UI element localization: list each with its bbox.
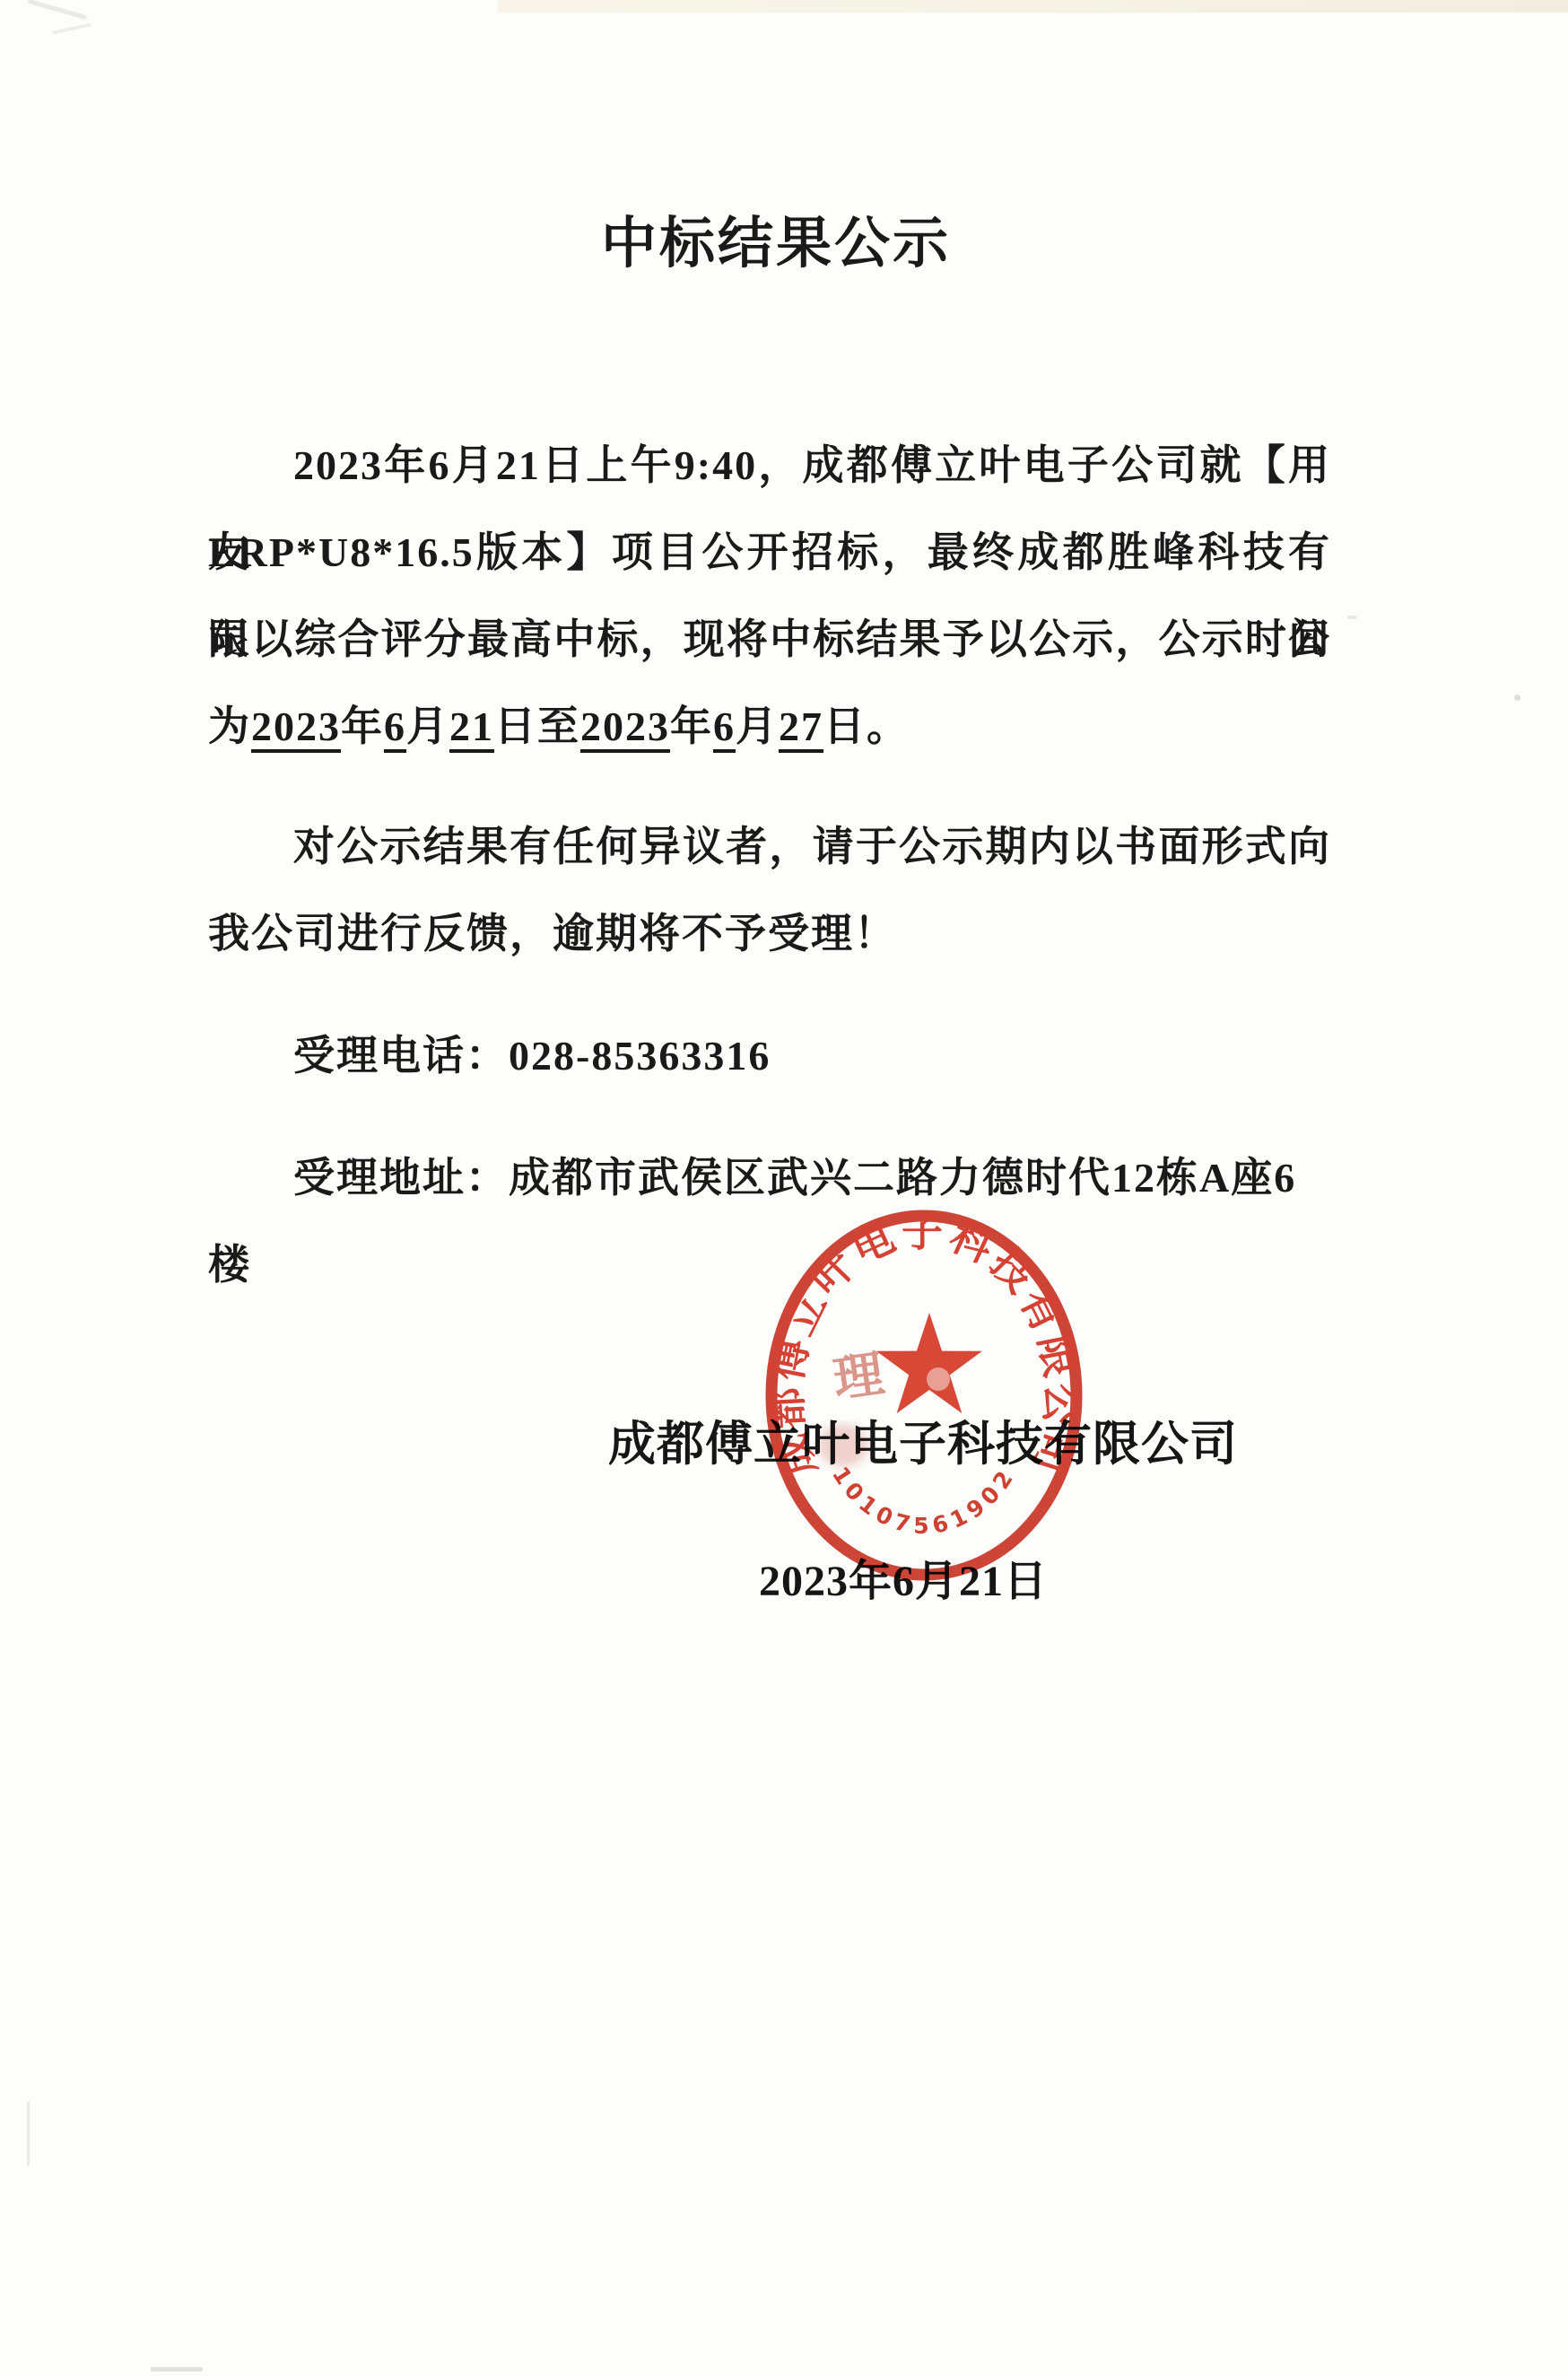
paragraph1-line4-public-period: 为2023年6月21日至2023年6月27日。 (208, 683, 1331, 770)
underlined-date-part: 6 (384, 703, 406, 749)
paragraph2-line2: 我公司进行反馈，逾期将不予受理！ (208, 890, 1331, 977)
date-part: 日。 (823, 703, 910, 749)
date-part: 为 (208, 703, 251, 749)
date-part: 日至 (494, 703, 580, 749)
company-seal: 成都傅立叶电子科技有限公司 5101075619023 理 (762, 1207, 1085, 1584)
seal-star-icon (876, 1313, 982, 1413)
paragraph1-line1: 2023年6月21日上午9:40，成都傅立叶电子公司就【用友 (208, 422, 1331, 509)
phone-label: 受理电话： (293, 1033, 509, 1079)
scanned-document-page: 中标结果公示 2023年6月21日上午9:40，成都傅立叶电子公司就【用友 ER… (0, 0, 1568, 2376)
address-label: 受理地址： (293, 1155, 509, 1201)
paragraph2-line1: 对公示结果有任何异议者，请于公示期内以书面形式向 (208, 803, 1331, 890)
date-part: 月 (736, 703, 779, 749)
phone-number: 028-85363316 (509, 1033, 771, 1079)
date-part: 月 (406, 703, 449, 749)
paragraph1-line2: ERP*U8*16.5版本】项目公开招标，最终成都胜峰科技有限公 (208, 509, 1331, 596)
underlined-date-part: 2023 (580, 703, 670, 749)
underlined-date-part: 27 (779, 703, 823, 749)
date-part: 年 (341, 703, 384, 749)
scan-artifact-smudge (52, 22, 91, 34)
scan-artifact-smudge (28, 0, 88, 20)
document-body: 2023年6月21日上午9:40，成都傅立叶电子公司就【用友 ERP*U8*16… (208, 422, 1331, 1221)
underlined-date-part: 2023 (251, 703, 341, 749)
scan-artifact-speck (1347, 616, 1357, 619)
document-title: 中标结果公示 (215, 198, 1337, 278)
seal-ghost-blob (818, 1424, 868, 1467)
scan-artifact-speck (1514, 694, 1520, 701)
underlined-date-part: 21 (449, 703, 494, 749)
scan-artifact-top-band (498, 0, 1568, 13)
date-part: 年 (670, 703, 713, 749)
scan-artifact-hairline (27, 2101, 30, 2166)
underlined-date-part: 6 (713, 703, 736, 749)
seal-ghost-glyph: 理 (830, 1345, 888, 1410)
contact-phone-line: 受理电话：028-85363316 (208, 1012, 1331, 1099)
scan-artifact-mark (151, 2367, 203, 2372)
paragraph1-line3: 司以综合评分最高中标，现将中标结果予以公示，公示时间 (208, 596, 1331, 683)
seal-star-ink-void (927, 1367, 950, 1391)
